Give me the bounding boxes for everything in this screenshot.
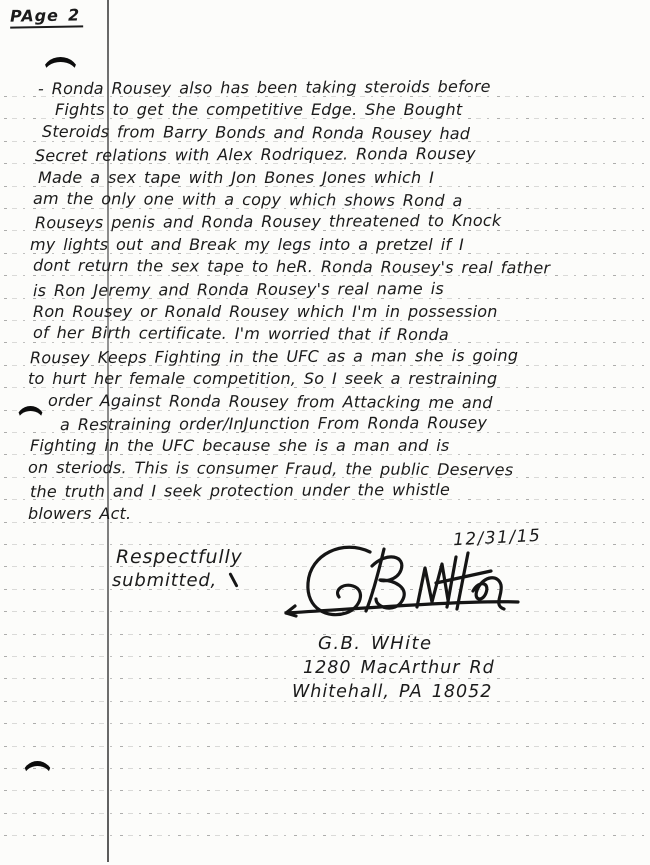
handwritten-line: - Ronda Rousey also has been taking ster…: [38, 77, 491, 98]
handwritten-line: Rousey Keeps Fighting in the UFC as a ma…: [30, 346, 518, 368]
handwritten-line: a Restraining order/InJunction From Rond…: [60, 413, 487, 434]
rule-line: [4, 678, 644, 679]
binder-ring-mark: [42, 57, 79, 74]
rule-line: [4, 656, 644, 657]
scanned-letter-page: PAge 2 - Ronda Rousey also has been taki…: [0, 0, 650, 865]
handwritten-line: dont return the sex tape to heR. Ronda R…: [33, 256, 550, 278]
signer-city-state-zip: Whitehall, PA 18052: [292, 682, 492, 702]
handwritten-line: the truth and I seek protection under th…: [30, 480, 450, 501]
handwritten-line: to hurt her female competition, So I see…: [28, 369, 497, 388]
signer-street: 1280 MacArthur Rd: [303, 658, 495, 678]
signer-name: G.B. WHite: [318, 633, 432, 654]
handwritten-line: Steroids from Barry Bonds and Ronda Rous…: [42, 122, 470, 143]
handwritten-line: Rouseys penis and Ronda Rousey threatene…: [35, 211, 501, 232]
handwritten-line: Fights to get the competitive Edge. She …: [55, 100, 462, 119]
rule-line: [4, 813, 644, 814]
rule-line: [4, 746, 644, 747]
page-number-label: PAge 2: [10, 5, 84, 28]
pen-tick-mark: [228, 572, 238, 587]
handwritten-line: my lights out and Break my legs into a p…: [30, 235, 464, 254]
binder-ring-mark: [16, 406, 45, 421]
handwritten-line: Ron Rousey or Ronald Rousey which I'm in…: [33, 302, 498, 321]
handwritten-line: on steriods. This is consumer Fraud, the…: [28, 458, 513, 480]
rule-line: [4, 768, 644, 769]
handwritten-line: order Against Ronda Rousey from Attackin…: [48, 390, 493, 411]
signature-scribble: [265, 538, 585, 628]
closing-line: Respectfully: [116, 546, 243, 568]
handwritten-line: Fighting in the UFC because she is a man…: [30, 436, 449, 455]
rule-line: [4, 835, 644, 836]
handwritten-line: blowers Act.: [28, 504, 131, 523]
handwritten-line: Secret relations with Alex Rodriquez. Ro…: [35, 144, 476, 165]
rule-line: [4, 790, 644, 791]
handwritten-line: is Ron Jeremy and Ronda Rousey's real na…: [33, 279, 444, 300]
handwritten-line: Made a sex tape with Jon Bones Jones whi…: [38, 168, 434, 187]
handwritten-line: am the only one with a copy which shows …: [33, 189, 463, 210]
binder-ring-mark: [22, 761, 53, 777]
rule-line: [4, 723, 644, 724]
closing-line: submitted,: [112, 570, 217, 591]
handwritten-line: of her Birth certificate. I'm worried th…: [33, 323, 449, 344]
